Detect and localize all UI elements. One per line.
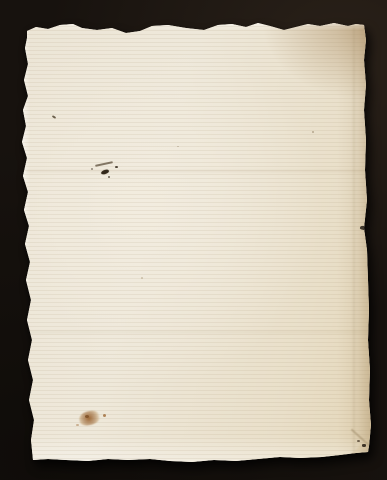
ink-stroke <box>95 161 113 167</box>
ink-speck <box>115 166 118 168</box>
paper-speck <box>141 277 143 279</box>
edge-notch <box>360 225 369 231</box>
horizontal-crease-upper <box>26 170 366 172</box>
corner-fold <box>340 431 374 457</box>
paper-sheet: Photograph of a blank aged hand-made pap… <box>22 23 371 462</box>
ink-speck <box>91 168 93 170</box>
ink-blot <box>101 169 110 175</box>
corner-fold-crease <box>351 429 372 448</box>
right-edge-crease <box>374 83 375 453</box>
photo-background: Photograph of a blank aged hand-made pap… <box>0 0 387 480</box>
rust-stain-core <box>85 415 89 418</box>
paper-speck <box>312 131 314 133</box>
paper-fleck <box>52 115 56 119</box>
corner-fleck <box>362 444 366 447</box>
paper-speck <box>177 146 179 147</box>
rust-stain-faint-dot <box>76 424 79 426</box>
ink-speck <box>108 176 110 178</box>
rust-stain <box>78 410 102 427</box>
horizontal-crease-lower <box>26 331 368 333</box>
corner-fleck <box>357 440 360 442</box>
paper-shadow: Photograph of a blank aged hand-made pap… <box>0 0 387 480</box>
rust-stain-dot <box>103 414 106 417</box>
vertical-crease <box>353 27 355 457</box>
